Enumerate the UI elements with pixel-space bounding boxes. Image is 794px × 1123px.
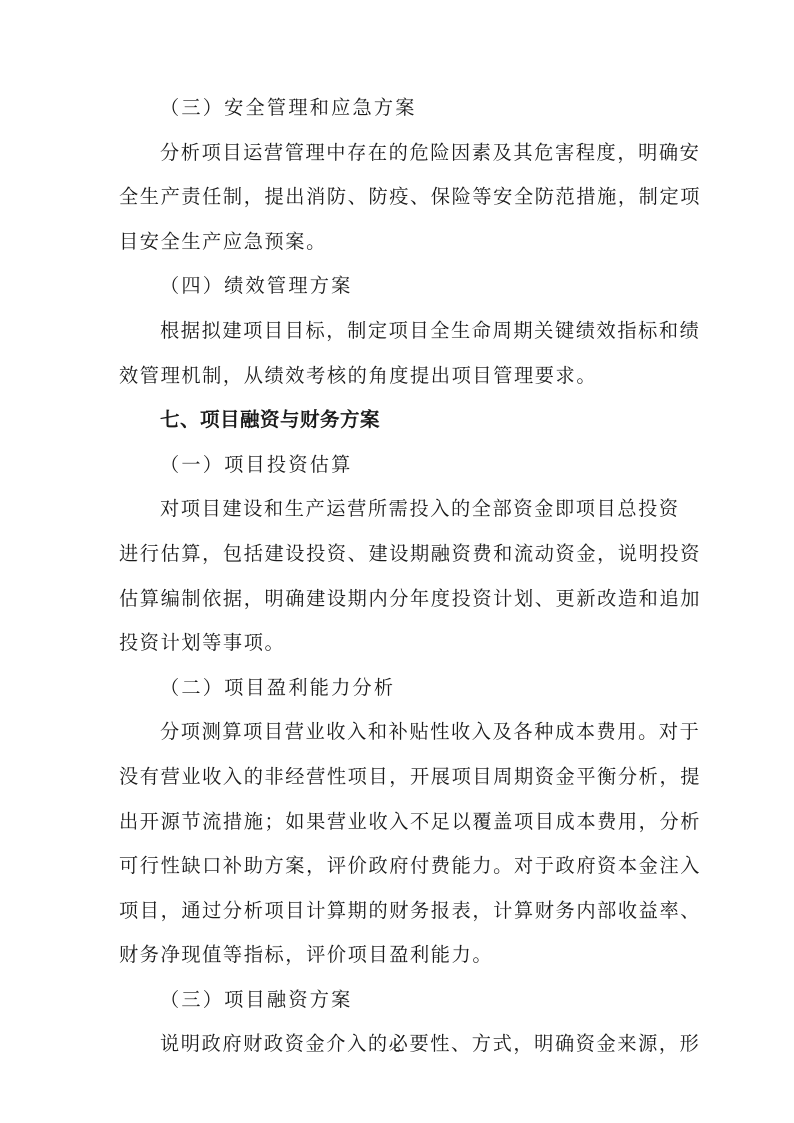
- paragraph-line: 进行估算，包括建设投资、建设期融资费和流动资金，说明投资: [119, 532, 675, 577]
- paragraph-line: 分析项目运营管理中存在的危险因素及其危害程度，明确安: [119, 131, 675, 176]
- subheading-safety-management: （三）安全管理和应急方案: [119, 86, 675, 131]
- paragraph-line: 对项目建设和生产运营所需投入的全部资金即项目总投资: [119, 487, 675, 532]
- paragraph-line: 没有营业收入的非经营性项目，开展项目周期资金平衡分析，提: [119, 755, 675, 800]
- section-heading-financing: 七、项目融资与财务方案: [119, 398, 675, 443]
- page-number: 6: [0, 1040, 794, 1056]
- paragraph-line: 分项测算项目营业收入和补贴性收入及各种成本费用。对于: [119, 710, 675, 755]
- paragraph-line: 投资计划等事项。: [119, 621, 675, 666]
- paragraph-line: 全生产责任制，提出消防、防疫、保险等安全防范措施，制定项: [119, 175, 675, 220]
- subheading-financing-plan: （三）项目融资方案: [119, 978, 675, 1023]
- paragraph-line: 出开源节流措施；如果营业收入不足以覆盖项目成本费用，分析: [119, 800, 675, 845]
- document-page: （三）安全管理和应急方案 分析项目运营管理中存在的危险因素及其危害程度，明确安 …: [119, 86, 675, 1067]
- paragraph-line: 项目，通过分析项目计算期的财务报表，计算财务内部收益率、: [119, 889, 675, 934]
- paragraph-line: 根据拟建项目目标，制定项目全生命周期关键绩效指标和绩: [119, 309, 675, 354]
- subheading-profitability-analysis: （二）项目盈利能力分析: [119, 666, 675, 711]
- paragraph-line: 可行性缺口补助方案，评价政府付费能力。对于政府资本金注入: [119, 844, 675, 889]
- paragraph-line: 估算编制依据，明确建设期内分年度投资计划、更新改造和追加: [119, 577, 675, 622]
- paragraph-line: 财务净现值等指标，评价项目盈利能力。: [119, 933, 675, 978]
- subheading-performance-management: （四）绩效管理方案: [119, 264, 675, 309]
- paragraph-line: 目安全生产应急预案。: [119, 220, 675, 265]
- paragraph-line: 效管理机制，从绩效考核的角度提出项目管理要求。: [119, 354, 675, 399]
- subheading-investment-estimate: （一）项目投资估算: [119, 443, 675, 488]
